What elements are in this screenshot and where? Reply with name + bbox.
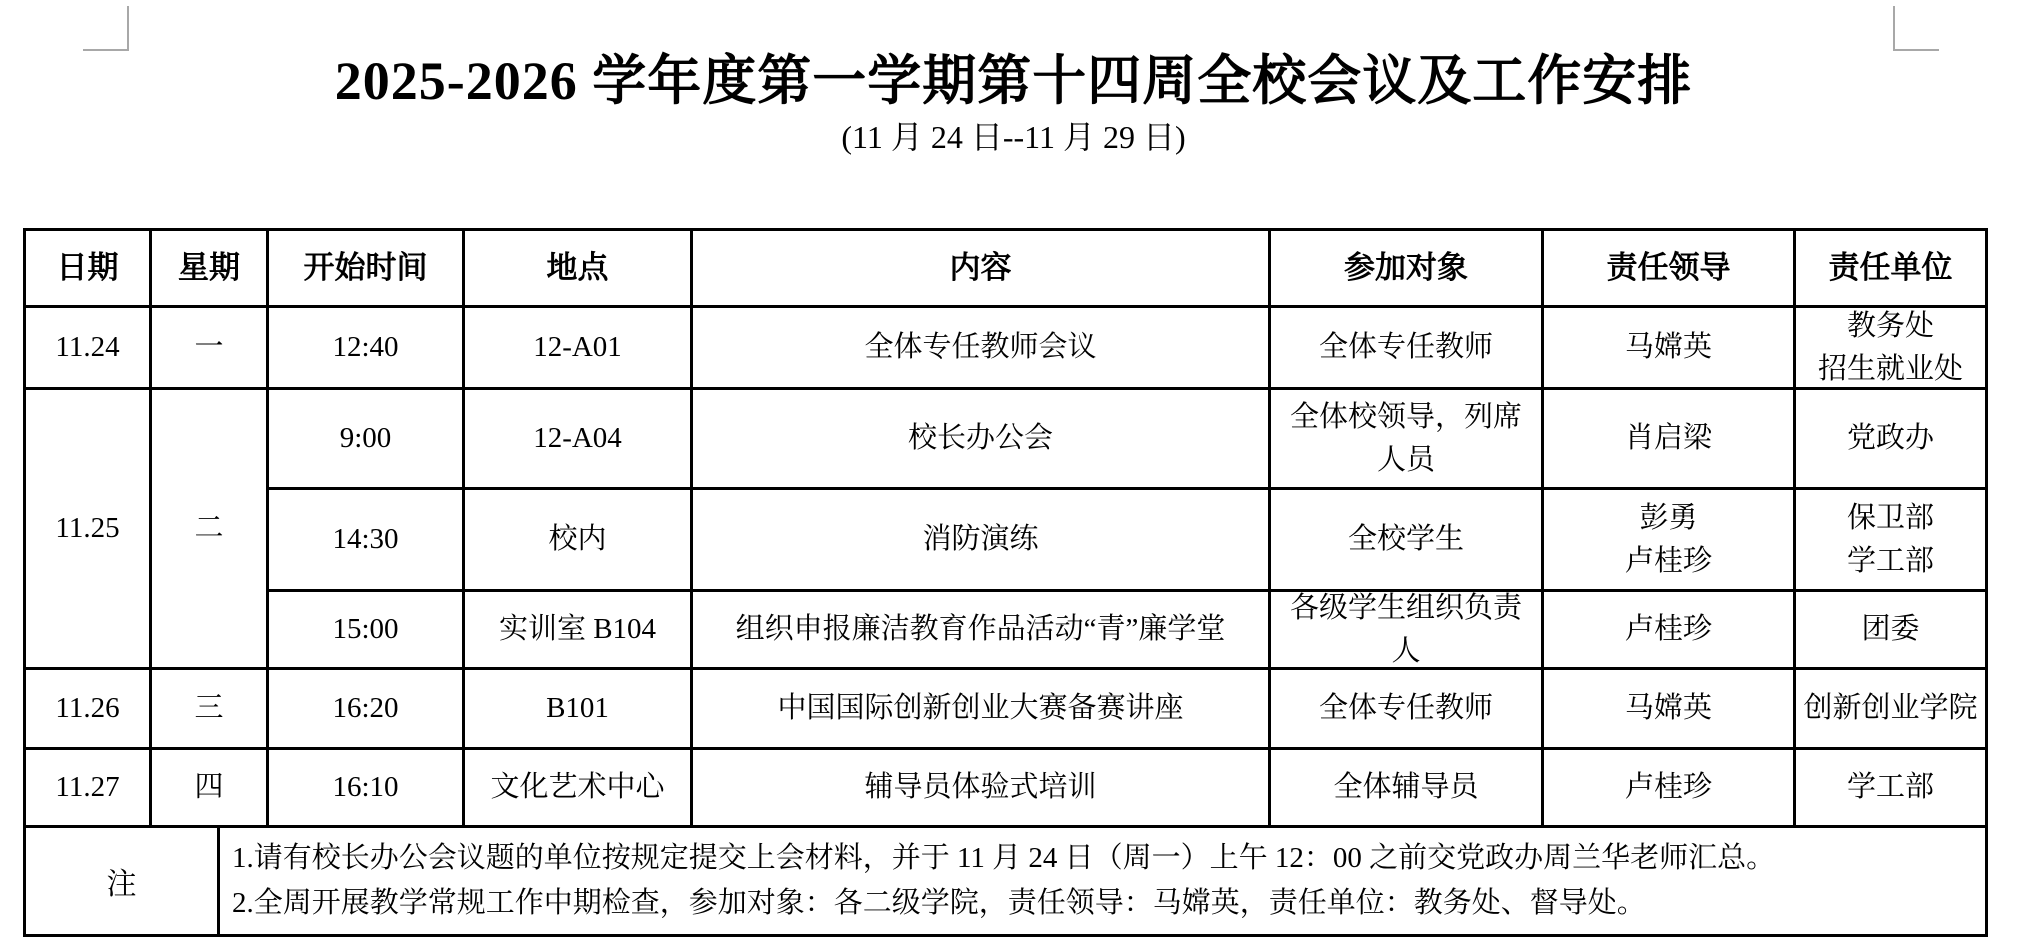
cell-content: 辅导员体验式培训 (693, 750, 1271, 828)
cell-leader: 马嫦英 (1544, 670, 1796, 750)
cell-attendees: 全校学生 (1271, 490, 1544, 592)
schedule-table: 日期 星期 开始时间 地点 内容 参加对象 责任领导 责任单位 11.24 一 … (23, 228, 1988, 937)
cell-content: 全体专任教师会议 (693, 308, 1271, 390)
header-content: 内容 (693, 231, 1271, 308)
cell-leader: 肖启梁 (1544, 390, 1796, 490)
header-week: 星期 (152, 231, 269, 308)
page-title: 2025-2026 学年度第一学期第十四周全校会议及工作安排 (0, 38, 2027, 115)
cell-content: 消防演练 (693, 490, 1271, 592)
header-unit: 责任单位 (1796, 231, 1985, 308)
note-item-1: 1.请有校长办公会议题的单位按规定提交上会材料，并于 11 月 24 日（周一）… (232, 836, 1975, 881)
cell-unit: 党政办 (1796, 390, 1985, 490)
cell-leader: 马嫦英 (1544, 308, 1796, 390)
cell-attendees: 全体校领导，列席人员 (1271, 390, 1544, 490)
cell-date: 11.24 (26, 308, 152, 390)
cell-unit: 创新创业学院 (1796, 670, 1985, 750)
notes-body: 1.请有校长办公会议题的单位按规定提交上会材料，并于 11 月 24 日（周一）… (220, 828, 1985, 934)
cell-week: 一 (152, 308, 269, 390)
cell-content: 组织申报廉洁教育作品活动“青”廉学堂 (693, 592, 1271, 670)
cell-leader: 卢桂珍 (1544, 592, 1796, 670)
cell-date: 11.26 (26, 670, 152, 750)
cell-time: 14:30 (269, 490, 465, 592)
page-subtitle: (11 月 24 日--11 月 29 日) (0, 112, 2027, 158)
notes-label: 注 (26, 828, 220, 934)
cell-place: 文化艺术中心 (465, 750, 693, 828)
header-time: 开始时间 (269, 231, 465, 308)
cell-unit: 学工部 (1796, 750, 1985, 828)
cell-leader: 卢桂珍 (1544, 750, 1796, 828)
cell-unit: 保卫部 学工部 (1796, 490, 1985, 592)
cell-time: 9:00 (269, 390, 465, 490)
note-item-2: 2.全周开展教学常规工作中期检查，参加对象：各二级学院，责任领导：马嫦英，责任单… (232, 881, 1975, 926)
cell-attendees: 全体辅导员 (1271, 750, 1544, 828)
cell-leader: 彭勇 卢桂珍 (1544, 490, 1796, 592)
cell-place: 12-A04 (465, 390, 693, 490)
cell-date: 11.27 (26, 750, 152, 828)
header-leader: 责任领导 (1544, 231, 1796, 308)
cell-place: 实训室 B104 (465, 592, 693, 670)
header-attendees: 参加对象 (1271, 231, 1544, 308)
cell-date: 11.25 (26, 390, 152, 670)
cell-place: 12-A01 (465, 308, 693, 390)
cell-attendees: 全体专任教师 (1271, 670, 1544, 750)
cell-time: 12:40 (269, 308, 465, 390)
cell-content: 校长办公会 (693, 390, 1271, 490)
cell-week: 二 (152, 390, 269, 670)
schedule-grid: 日期 星期 开始时间 地点 内容 参加对象 责任领导 责任单位 11.24 一 … (26, 231, 1985, 828)
cell-unit: 团委 (1796, 592, 1985, 670)
cell-time: 15:00 (269, 592, 465, 670)
cell-week: 四 (152, 750, 269, 828)
cell-attendees: 各级学生组织负责人 (1271, 592, 1544, 670)
cell-time: 16:20 (269, 670, 465, 750)
header-date: 日期 (26, 231, 152, 308)
cell-place: B101 (465, 670, 693, 750)
header-place: 地点 (465, 231, 693, 308)
cell-week: 三 (152, 670, 269, 750)
cell-content: 中国国际创新创业大赛备赛讲座 (693, 670, 1271, 750)
cell-time: 16:10 (269, 750, 465, 828)
cell-unit: 教务处 招生就业处 (1796, 308, 1985, 390)
notes-row: 注 1.请有校长办公会议题的单位按规定提交上会材料，并于 11 月 24 日（周… (26, 828, 1985, 934)
cell-place: 校内 (465, 490, 693, 592)
cell-attendees: 全体专任教师 (1271, 308, 1544, 390)
